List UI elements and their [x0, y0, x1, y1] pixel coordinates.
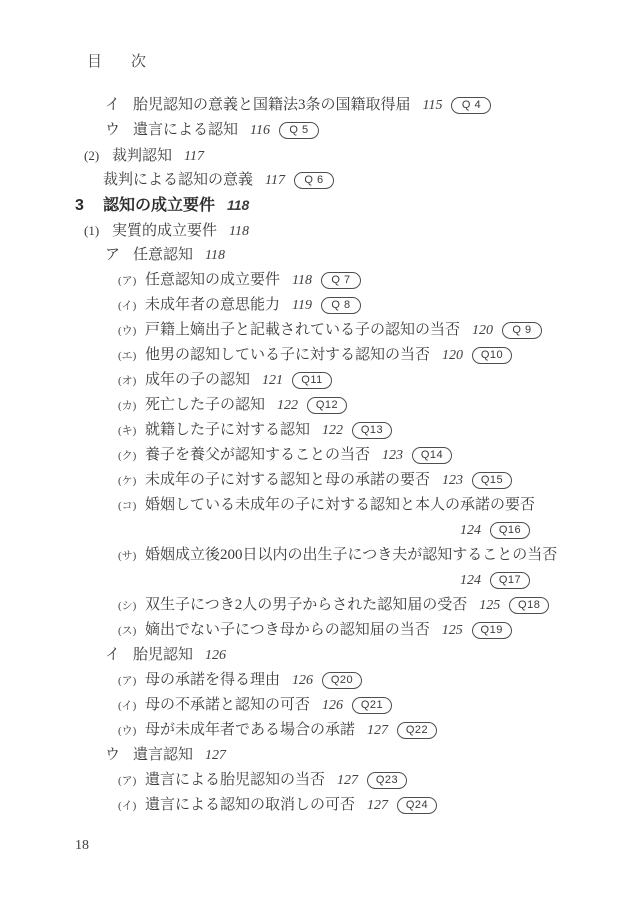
page-title-char-1: 目 — [87, 54, 102, 70]
toc-entry-title: 成年の子の認知 — [145, 372, 250, 388]
toc-entry-title: 遺言による認知の取消しの可否 — [145, 797, 355, 813]
toc-entry-page-number: 127 — [367, 723, 388, 738]
toc-entry-title: 母が未成年者である場合の承諾 — [145, 722, 355, 738]
toc-entry-marker: (シ) — [118, 594, 145, 619]
toc-entry: (イ)母の不承諾と認知の可否126Q21 — [0, 693, 642, 718]
question-number-badge: Q17 — [490, 572, 530, 589]
toc-entry-marker: イ — [105, 93, 133, 118]
toc-entry-page-number: 116 — [250, 123, 270, 138]
toc-entry-page-number: 121 — [262, 373, 283, 388]
toc-entry-marker: (イ) — [118, 694, 145, 719]
scanned-page: 目次 イ胎児認知の意義と国籍法3条の国籍取得届115Q 4ウ遺言による認知116… — [0, 0, 642, 900]
toc-entry: (2)裁判認知117 — [0, 143, 642, 168]
toc-entry-page-number: 127 — [205, 748, 226, 763]
toc-entry-title: 婚姻成立後200日以内の出生子につき夫が認知することの当否 — [145, 547, 557, 563]
toc-entry-page-number: 120 — [472, 323, 493, 338]
toc-entry: イ胎児認知の意義と国籍法3条の国籍取得届115Q 4 — [0, 93, 642, 118]
toc-entry-title: 婚姻している未成年の子に対する認知と本人の承諾の要否 — [145, 497, 535, 513]
question-number-badge: Q21 — [352, 697, 392, 714]
toc-entry: (エ)他男の認知している子に対する認知の当否120Q10 — [0, 343, 642, 368]
question-number-badge: Q23 — [367, 772, 407, 789]
toc-entry-marker: (イ) — [118, 794, 145, 819]
toc-entry: (1)実質的成立要件118 — [0, 218, 642, 243]
toc-entry-marker: (イ) — [118, 294, 145, 319]
toc-entry-marker: (1) — [84, 218, 112, 243]
toc-entry-marker: (ク) — [118, 444, 145, 469]
question-number-badge: Q22 — [397, 722, 437, 739]
toc-entry: (ウ)母が未成年者である場合の承諾127Q22 — [0, 718, 642, 743]
toc-entry: 3認知の成立要件118 — [0, 193, 642, 218]
toc-entry-marker: ウ — [105, 118, 133, 143]
toc-entry-page-number: 123 — [382, 448, 403, 463]
toc-entry-marker: イ — [105, 643, 133, 668]
question-number-badge: Q24 — [397, 797, 437, 814]
question-number-badge: Q 5 — [279, 122, 319, 139]
toc-entry-page-number: 126 — [322, 698, 343, 713]
toc-entry-page-number: 118 — [205, 248, 225, 263]
toc-entry: (イ)未成年者の意思能力119Q 8 — [0, 293, 642, 318]
question-number-badge: Q14 — [412, 447, 452, 464]
toc-entry-marker: (ウ) — [118, 719, 145, 744]
toc-entry: (ク)養子を養父が認知することの当否123Q14 — [0, 443, 642, 468]
toc-entry-title: 戸籍上嫡出子と記載されている子の認知の当否 — [145, 322, 460, 338]
toc-entry-page-number: 124 — [460, 573, 481, 588]
toc-entry-marker: (カ) — [118, 394, 145, 419]
question-number-badge: Q 6 — [294, 172, 334, 189]
toc-entry-page-number: 119 — [292, 298, 312, 313]
toc-entry-title: 裁判認知 — [112, 148, 172, 164]
question-number-badge: Q 9 — [502, 322, 542, 339]
toc-entry-marker: (エ) — [118, 344, 145, 369]
toc-entry-marker: (オ) — [118, 369, 145, 394]
question-number-badge: Q15 — [472, 472, 512, 489]
question-number-badge: Q19 — [472, 622, 512, 639]
toc-entry-title: 遺言認知 — [133, 747, 193, 763]
toc-entry-marker: (ア) — [118, 669, 145, 694]
toc-entry-page-number: 118 — [227, 197, 249, 213]
question-number-badge: Q16 — [490, 522, 530, 539]
toc-entry-title: 他男の認知している子に対する認知の当否 — [145, 347, 430, 363]
toc-entry: ウ遺言認知127 — [0, 743, 642, 768]
toc-entry-continuation: 124Q17 — [0, 568, 642, 593]
toc-entry-page-number: 117 — [265, 173, 285, 188]
toc-entry-page-number: 127 — [367, 798, 388, 813]
toc-entry: (ア)任意認知の成立要件118Q 7 — [0, 268, 642, 293]
toc-entry-title: 嫡出でない子につき母からの認知届の当否 — [145, 622, 430, 638]
toc-entry-marker: (2) — [84, 143, 112, 168]
toc-entry-marker: 3 — [75, 193, 103, 218]
toc-entry-title: 養子を養父が認知することの当否 — [145, 447, 370, 463]
toc-entry-title: 母の不承諾と認知の可否 — [145, 697, 310, 713]
toc-entry-title: 死亡した子の認知 — [145, 397, 265, 413]
question-number-badge: Q10 — [472, 347, 512, 364]
toc-entry-title: 遺言による胎児認知の当否 — [145, 772, 325, 788]
toc-entry-marker: ウ — [105, 743, 133, 768]
toc-entry-page-number: 120 — [442, 348, 463, 363]
toc-entry-marker: (コ) — [118, 494, 145, 519]
toc-entry-continuation: 124Q16 — [0, 518, 642, 543]
toc-entry-title: 未成年の子に対する認知と母の承諾の要否 — [145, 472, 430, 488]
toc-entry-marker: (サ) — [118, 544, 145, 569]
toc-entry-title: 胎児認知 — [133, 647, 193, 663]
toc-entry: (サ)婚姻成立後200日以内の出生子につき夫が認知することの当否 — [0, 543, 642, 568]
toc-entry: (ス)嫡出でない子につき母からの認知届の当否125Q19 — [0, 618, 642, 643]
toc-entry-title: 就籍した子に対する認知 — [145, 422, 310, 438]
question-number-badge: Q 8 — [321, 297, 361, 314]
question-number-badge: Q12 — [307, 397, 347, 414]
toc-entry: (ウ)戸籍上嫡出子と記載されている子の認知の当否120Q 9 — [0, 318, 642, 343]
toc-entry-marker: (ス) — [118, 619, 145, 644]
toc-entry: 裁判による認知の意義117Q 6 — [0, 168, 642, 193]
toc-entry-title: 実質的成立要件 — [112, 223, 217, 239]
toc-list: イ胎児認知の意義と国籍法3条の国籍取得届115Q 4ウ遺言による認知116Q 5… — [0, 93, 642, 818]
toc-entry-marker: (ケ) — [118, 469, 145, 494]
toc-entry-title: 任意認知 — [133, 247, 193, 263]
toc-entry-page-number: 117 — [184, 149, 204, 164]
toc-entry-title: 双生子につき2人の男子からされた認知届の受否 — [145, 597, 467, 613]
toc-entry-title: 遺言による認知 — [133, 122, 238, 138]
question-number-badge: Q 7 — [321, 272, 361, 289]
toc-entry-marker: (ア) — [118, 269, 145, 294]
toc-entry: (シ)双生子につき2人の男子からされた認知届の受否125Q18 — [0, 593, 642, 618]
toc-entry-page-number: 125 — [442, 623, 463, 638]
toc-entry-title: 未成年者の意思能力 — [145, 297, 280, 313]
toc-entry: (ア)遺言による胎児認知の当否127Q23 — [0, 768, 642, 793]
toc-entry-marker: (キ) — [118, 419, 145, 444]
toc-entry-marker: (ア) — [118, 769, 145, 794]
question-number-badge: Q18 — [509, 597, 549, 614]
toc-entry-title: 胎児認知の意義と国籍法3条の国籍取得届 — [133, 97, 411, 113]
page-title: 目次 — [87, 50, 146, 71]
toc-entry-page-number: 118 — [229, 224, 249, 239]
toc-entry-page-number: 123 — [442, 473, 463, 488]
folio-page-number: 18 — [75, 838, 89, 854]
toc-entry-title: 任意認知の成立要件 — [145, 272, 280, 288]
toc-entry: (オ)成年の子の認知121Q11 — [0, 368, 642, 393]
question-number-badge: Q20 — [322, 672, 362, 689]
question-number-badge: Q11 — [292, 372, 332, 389]
toc-entry: イ胎児認知126 — [0, 643, 642, 668]
toc-entry: (カ)死亡した子の認知122Q12 — [0, 393, 642, 418]
toc-entry-title: 裁判による認知の意義 — [103, 172, 253, 188]
toc-entry-page-number: 127 — [337, 773, 358, 788]
toc-entry-page-number: 118 — [292, 273, 312, 288]
toc-entry: (キ)就籍した子に対する認知122Q13 — [0, 418, 642, 443]
toc-entry-marker: (ウ) — [118, 319, 145, 344]
toc-entry-title: 母の承諾を得る理由 — [145, 672, 280, 688]
toc-entry: (イ)遺言による認知の取消しの可否127Q24 — [0, 793, 642, 818]
toc-entry: (ケ)未成年の子に対する認知と母の承諾の要否123Q15 — [0, 468, 642, 493]
toc-entry-marker: ア — [105, 243, 133, 268]
question-number-badge: Q 4 — [451, 97, 491, 114]
toc-entry: ア任意認知118 — [0, 243, 642, 268]
toc-entry-title: 認知の成立要件 — [103, 197, 215, 214]
toc-entry: (ア)母の承諾を得る理由126Q20 — [0, 668, 642, 693]
toc-entry-page-number: 122 — [322, 423, 343, 438]
toc-entry-page-number: 115 — [423, 98, 443, 113]
toc-entry-page-number: 125 — [479, 598, 500, 613]
toc-entry-page-number: 126 — [292, 673, 313, 688]
toc-entry: (コ)婚姻している未成年の子に対する認知と本人の承諾の要否 — [0, 493, 642, 518]
toc-entry-page-number: 126 — [205, 648, 226, 663]
page-title-char-2: 次 — [131, 54, 146, 70]
question-number-badge: Q13 — [352, 422, 392, 439]
toc-entry-page-number: 122 — [277, 398, 298, 413]
toc-entry-page-number: 124 — [460, 523, 481, 538]
toc-entry: ウ遺言による認知116Q 5 — [0, 118, 642, 143]
